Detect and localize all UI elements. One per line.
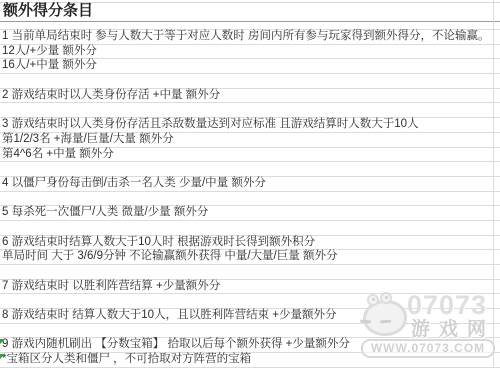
table-row: 16人/+中量 额外分	[0, 59, 500, 74]
table-row	[0, 162, 500, 177]
watermark: 07073 游戏网 WWW.07073.COM	[360, 290, 500, 365]
table-row: 4 以僵尸身份每击倒/击杀一名人类 少量/中量 额外分	[0, 177, 500, 192]
table-row: 5 每杀死一次僵尸/人类 微量/少量 额外分	[0, 206, 500, 221]
cell-text: 3 游戏结束时以人类身份存活且杀敌数量达到对应标准 且游戏结算时人数大于10人	[0, 118, 500, 132]
table-row: 1 当前单局结束时 参与人数大于等于对应人数时 房间内所有参与玩家得到额外得分，…	[0, 30, 500, 45]
table-row	[0, 221, 500, 236]
mascot-closed-eye-icon	[360, 319, 371, 323]
cell-text: 单局时间 大于 3/6/9分钟 不论输赢额外获得 中量/大量/巨量 额外分	[0, 250, 500, 264]
cell-text: 第1/2/3名 +海量/巨量/大量 额外分	[0, 133, 500, 147]
table-row: 3 游戏结束时以人类身份存活且杀敌数量达到对应标准 且游戏结算时人数大于10人	[0, 118, 500, 133]
spreadsheet-sheet: 额外得分条目 1 当前单局结束时 参与人数大于等于对应人数时 房间内所有参与玩家…	[0, 0, 500, 368]
cell-text: 12人/+少量 额外分	[0, 45, 500, 59]
mascot-eye-antenna-icon	[380, 292, 392, 304]
table-row	[0, 22, 500, 30]
table-row: 第4^6名 +中量 额外分	[0, 148, 500, 163]
mascot-blob-icon	[363, 300, 407, 336]
table-row: 单局时间 大于 3/6/9分钟 不论输赢额外获得 中量/大量/巨量 额外分	[0, 250, 500, 265]
mascot-eye-antenna-icon	[367, 294, 379, 306]
cell-flag-icon	[0, 339, 5, 344]
cell-text: 6 游戏结束时结算人数大于10人时 根据游戏时长得到额外积分	[0, 236, 500, 250]
cell-text: 2 游戏结束时以人类身份存活 +中量 额外分	[0, 89, 500, 103]
mascot-closed-eye-icon	[380, 320, 391, 324]
table-row: 12人/+少量 额外分	[0, 45, 500, 60]
cell-text: 16人/+中量 额外分	[0, 59, 500, 73]
cell-flag-icon	[0, 354, 5, 359]
table-row: 2 游戏结束时以人类身份存活 +中量 额外分	[0, 89, 500, 104]
cell-text: 1 当前单局结束时 参与人数大于等于对应人数时 房间内所有参与玩家得到额外得分，…	[0, 30, 500, 44]
table-row: 第1/2/3名 +海量/巨量/大量 额外分	[0, 133, 500, 148]
table-row	[0, 103, 500, 118]
table-row	[0, 192, 500, 207]
watermark-url: WWW.07073.COM	[361, 339, 495, 358]
cell-text: 第4^6名 +中量 额外分	[0, 148, 500, 162]
cell-text: 4 以僵尸身份每击倒/击杀一名人类 少量/中量 额外分	[0, 177, 500, 191]
table-row	[0, 74, 500, 89]
sheet-title: 额外得分条目	[0, 0, 500, 22]
cell-text: 5 每杀死一次僵尸/人类 微量/少量 额外分	[0, 206, 500, 220]
watermark-site-name: 游戏网	[411, 314, 495, 341]
table-row	[0, 265, 500, 280]
table-row: 6 游戏结束时结算人数大于10人时 根据游戏时长得到额外积分	[0, 236, 500, 251]
